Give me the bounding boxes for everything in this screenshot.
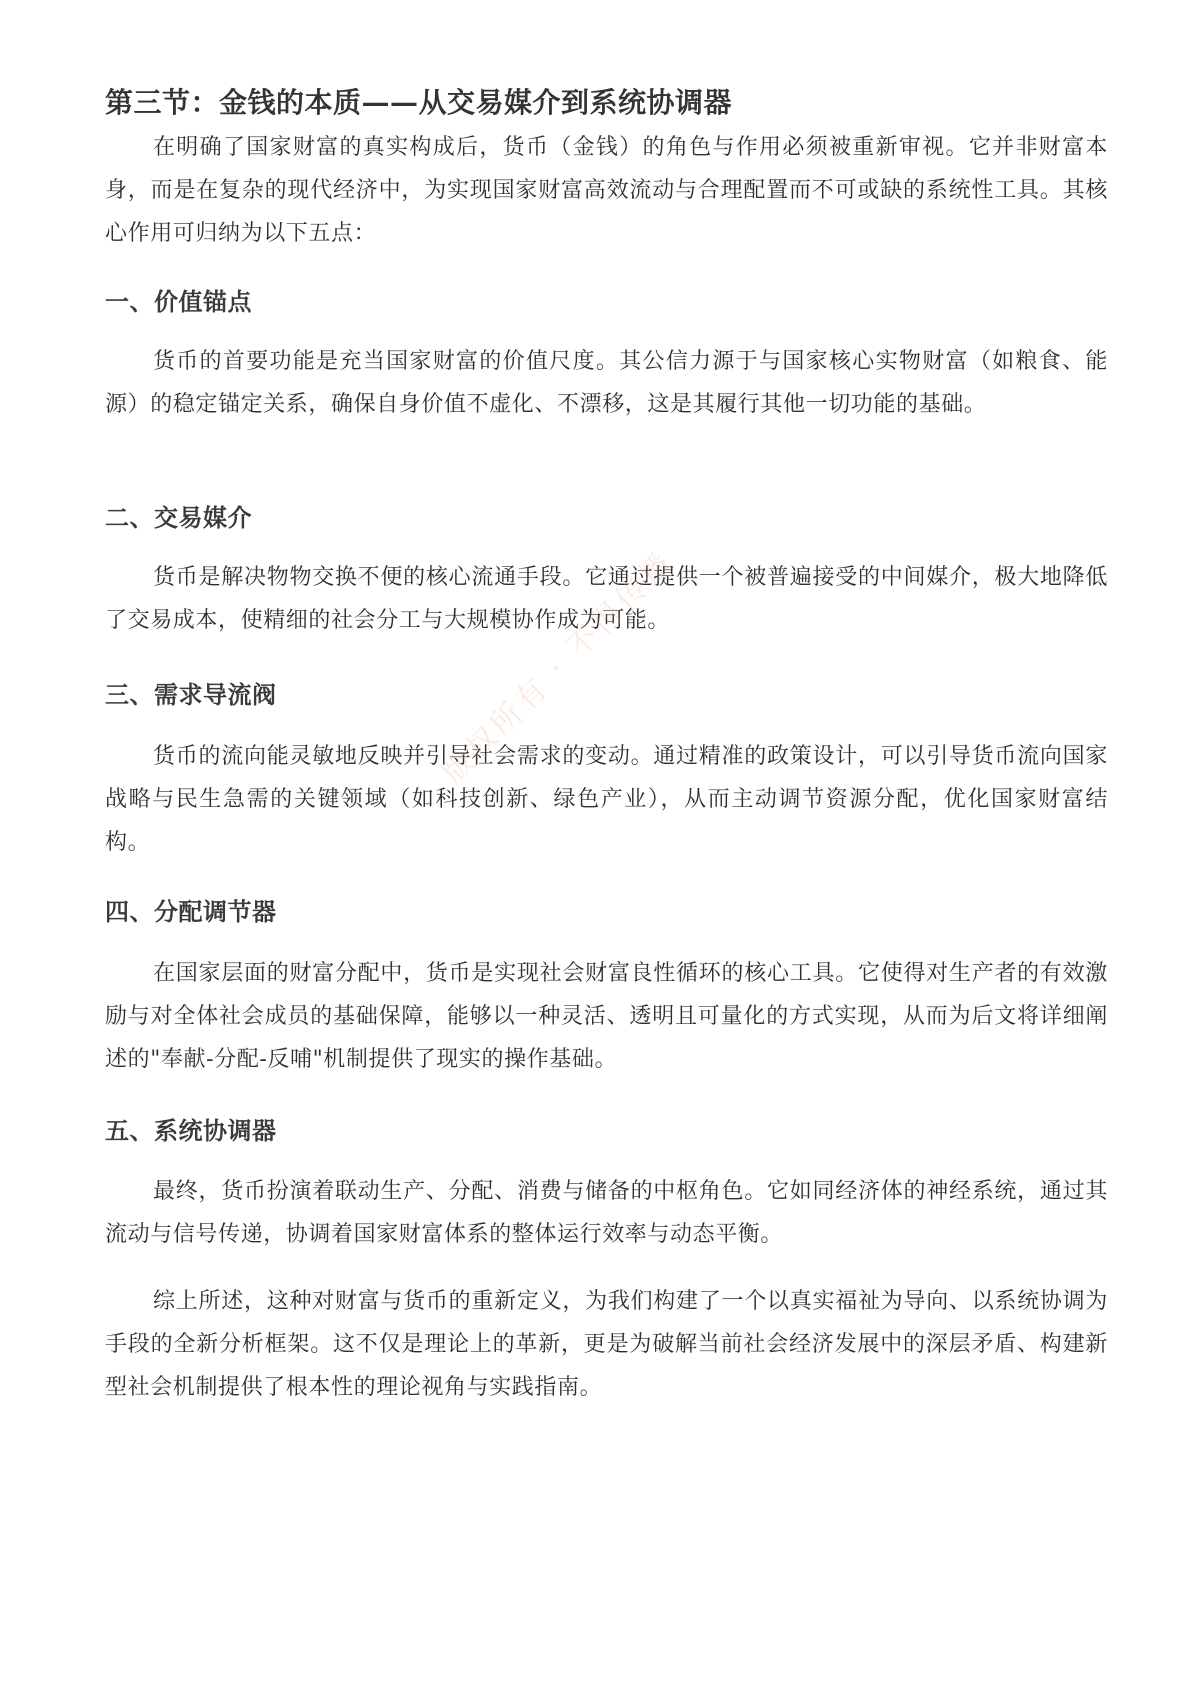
paragraph-demand-valve: 货币的流向能灵敏地反映并引导社会需求的变动。通过精准的政策设计，可以引导货币流向… [105,735,1108,864]
heading-demand-valve: 三、需求导流阀 [105,677,277,713]
paragraph-system-coordinator: 最终，货币扮演着联动生产、分配、消费与储备的中枢角色。它如同经济体的神经系统，通… [105,1170,1108,1256]
heading-distribution-regulator: 四、分配调节器 [105,894,277,930]
intro-paragraph: 在明确了国家财富的真实构成后，货币（金钱）的角色与作用必须被重新审视。它并非财富… [105,126,1108,255]
conclusion-paragraph: 综上所述，这种对财富与货币的重新定义，为我们构建了一个以真实福祉为导向、以系统协… [105,1280,1108,1409]
heading-system-coordinator: 五、系统协调器 [105,1113,277,1149]
heading-value-anchor: 一、价值锚点 [105,284,252,320]
section-title: 第三节：金钱的本质——从交易媒介到系统协调器 [105,83,732,123]
paragraph-distribution-regulator: 在国家层面的财富分配中，货币是实现社会财富良性循环的核心工具。它使得对生产者的有… [105,952,1108,1081]
heading-medium-of-exchange: 二、交易媒介 [105,500,252,536]
paragraph-medium-of-exchange: 货币是解决物物交换不便的核心流通手段。它通过提供一个被普遍接受的中间媒介，极大地… [105,556,1108,642]
paragraph-value-anchor: 货币的首要功能是充当国家财富的价值尺度。其公信力源于与国家核心实物财富（如粮食、… [105,340,1108,426]
